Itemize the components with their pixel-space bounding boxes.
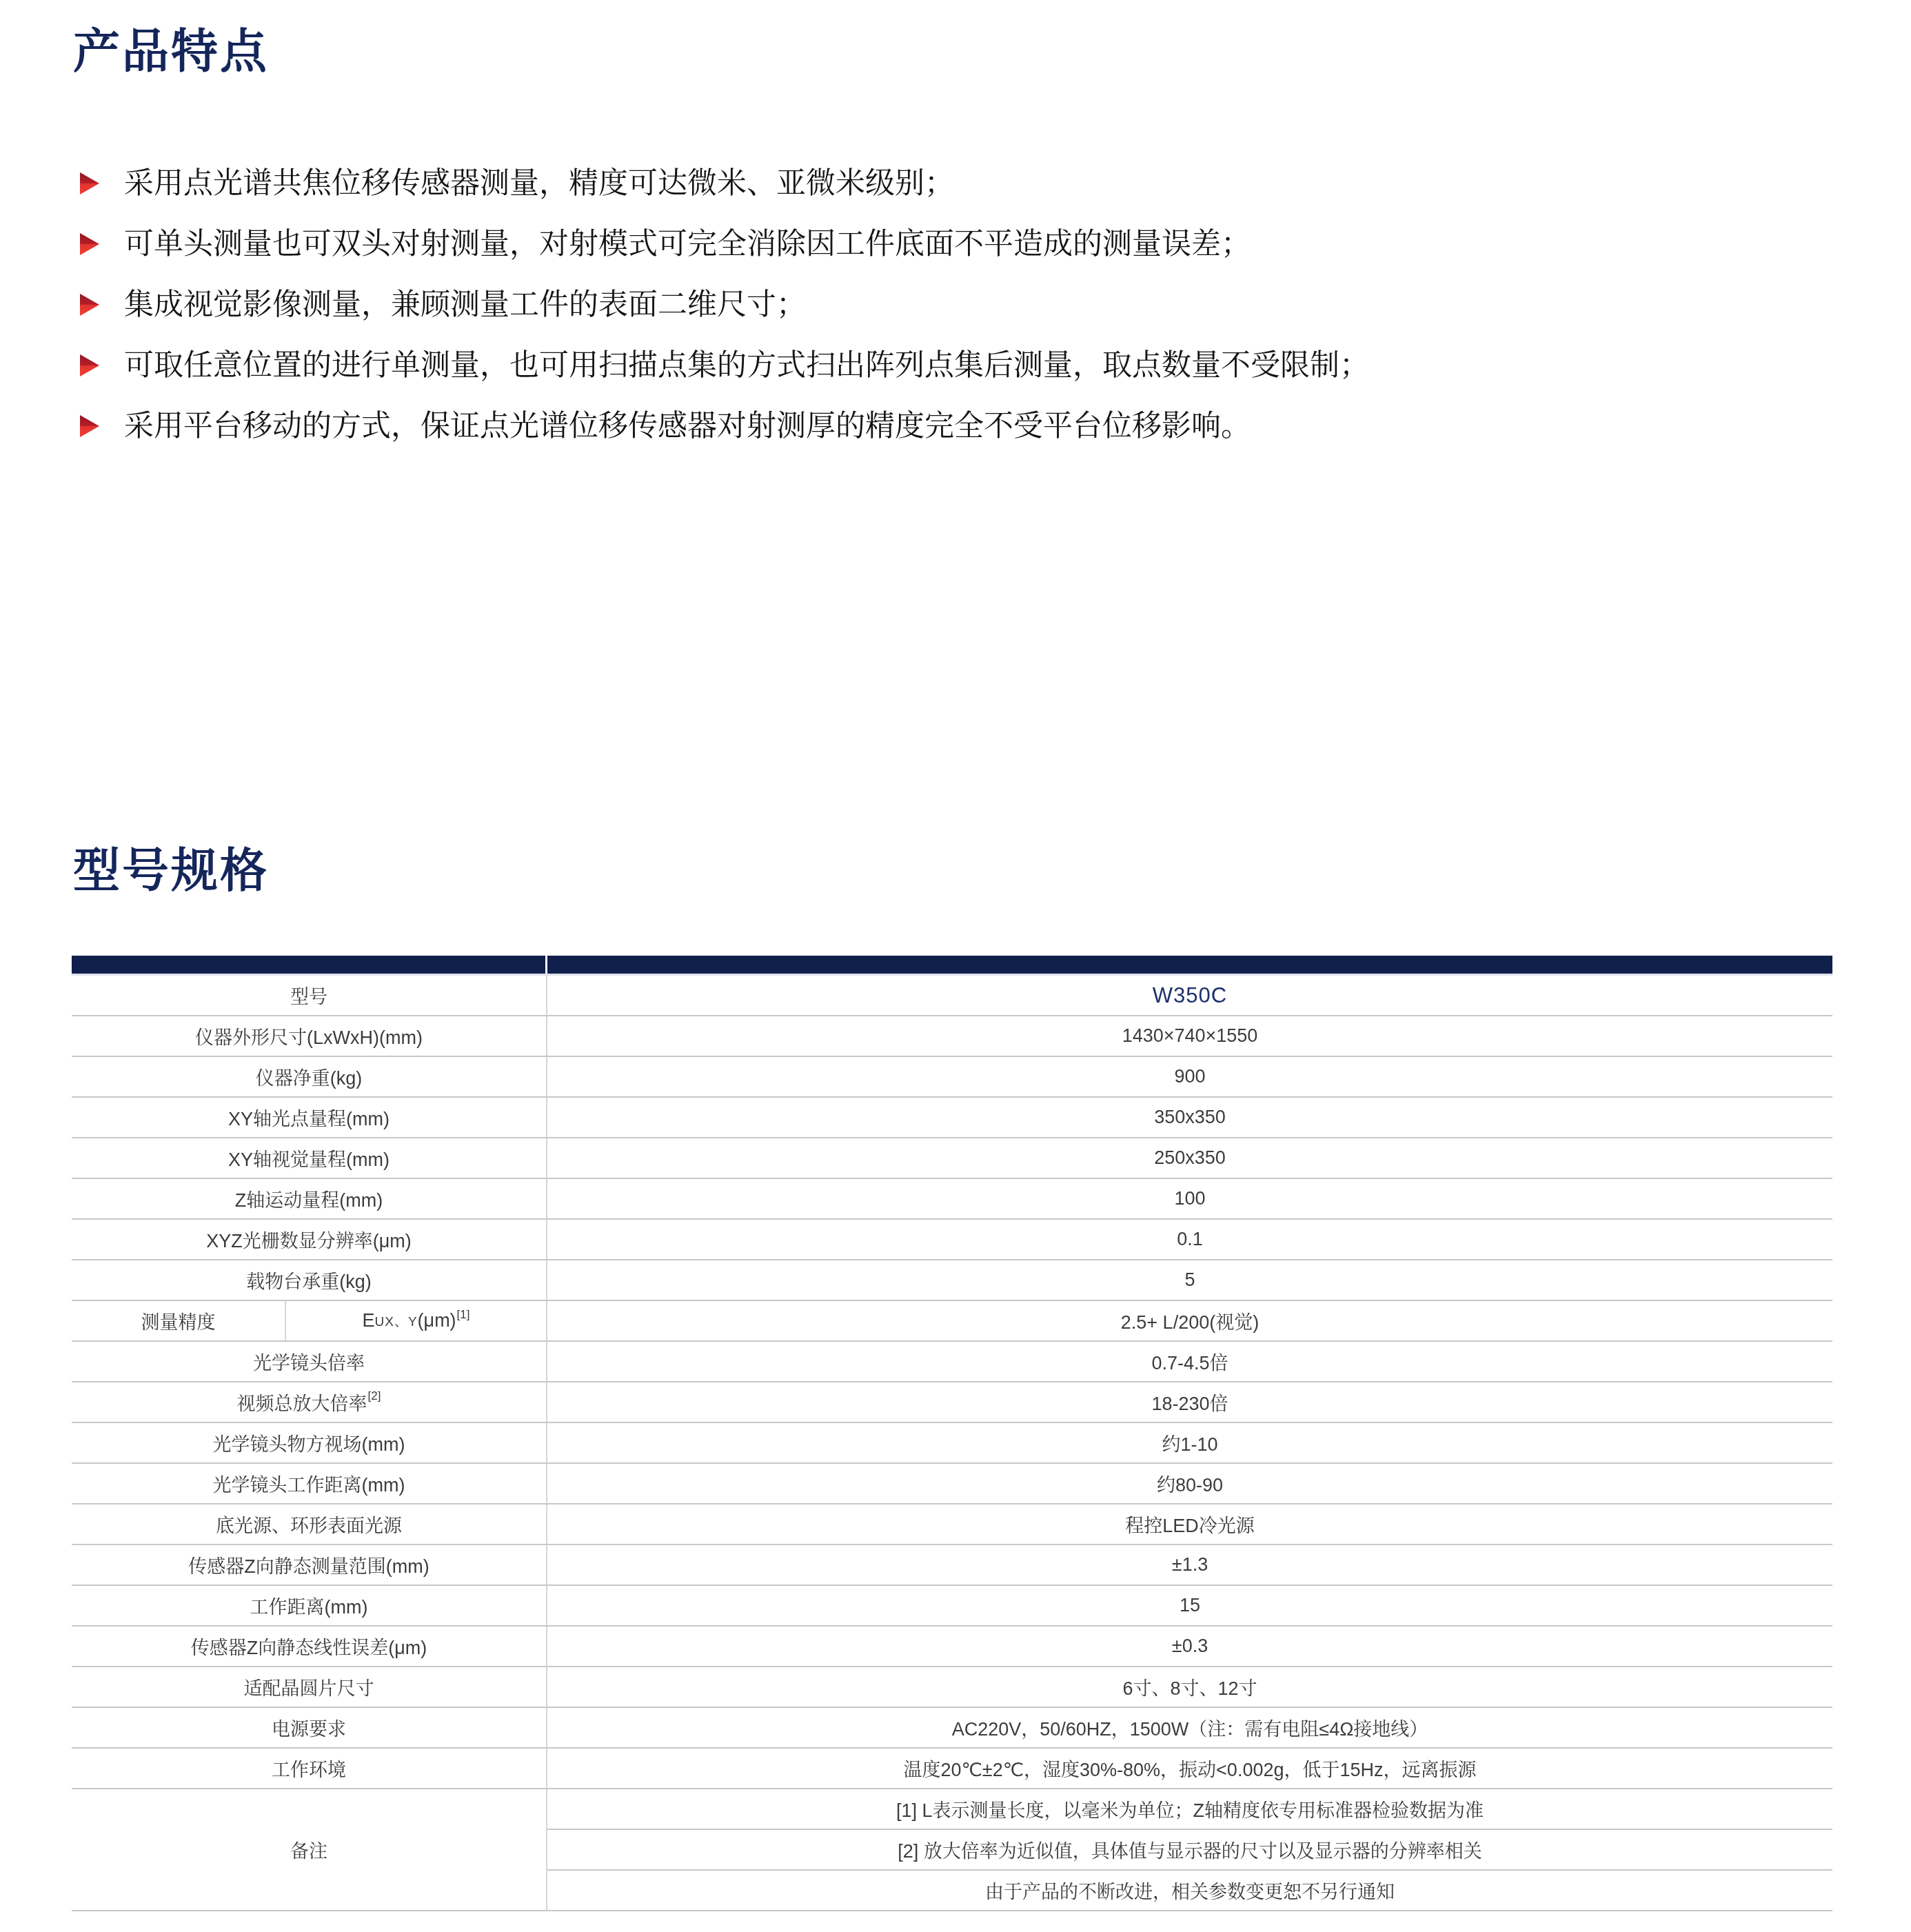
row-label: 载物台承重(kg) xyxy=(72,1260,547,1300)
row-label: XY轴视觉量程(mm) xyxy=(72,1138,547,1178)
feature-item: 可单头测量也可双头对射测量，对射模式可完全消除因工件底面不平造成的测量误差； xyxy=(79,228,1843,261)
row-label: 仪器外形尺寸(LxWxH)(mm) xyxy=(72,1016,547,1056)
row-label: 工作环境 xyxy=(72,1749,547,1788)
table-row-notes: 备注 [1] L表示测量长度，以毫米为单位；Z轴精度依专用标准器检验数据为准 [… xyxy=(72,1789,1832,1911)
bullet-triangle-icon xyxy=(80,172,99,194)
table-row-model: 型号 W350C xyxy=(72,976,1832,1016)
table-row-accuracy: 测量精度 EUX、Y(μm)[1] 2.5+ L/200(视觉) xyxy=(72,1301,1832,1342)
row-label: 电源要求 xyxy=(72,1708,547,1747)
table-row-magnification: 视频总放大倍率[2] 18-230倍 xyxy=(72,1382,1832,1423)
note-line: 由于产品的不断改进，相关参数变更恕不另行通知 xyxy=(547,1871,1832,1910)
bullet-triangle-icon xyxy=(80,354,99,376)
row-label: 仪器净重(kg) xyxy=(72,1057,547,1096)
datasheet-page: 产品特点 采用点光谱共焦位移传感器测量，精度可达微米、亚微米级别； 可单头测量也… xyxy=(0,0,1911,1932)
row-value: 温度20℃±2℃，湿度30%-80%，振动<0.002g，低于15Hz，远离振源 xyxy=(547,1749,1832,1788)
table-row: 适配晶圆片尺寸 6寸、8寸、12寸 xyxy=(72,1667,1832,1708)
row-label: 传感器Z向静态测量范围(mm) xyxy=(72,1545,547,1584)
row-value: 0.1 xyxy=(547,1220,1832,1259)
parameter-subscript: UX、Y xyxy=(375,1311,418,1330)
parameter-symbol: E xyxy=(362,1310,374,1331)
feature-text: 采用平台移动的方式，保证点光谱位移传感器对射测厚的精度完全不受平台位移影响。 xyxy=(124,410,1251,443)
row-value: 18-230倍 xyxy=(547,1382,1832,1422)
table-row: 工作环境 温度20℃±2℃，湿度30%-80%，振动<0.002g，低于15Hz… xyxy=(72,1749,1832,1789)
row-value: 约1-10 xyxy=(547,1423,1832,1462)
bullet-triangle-icon xyxy=(80,294,99,316)
row-label: 视频总放大倍率[2] xyxy=(72,1382,547,1422)
row-value: 250x350 xyxy=(547,1138,1832,1178)
feature-text: 集成视觉影像测量，兼顾测量工件的表面二维尺寸； xyxy=(124,288,806,321)
table-header-bar xyxy=(72,956,1832,976)
table-header-right-cell xyxy=(547,956,1832,974)
feature-item: 采用点光谱共焦位移传感器测量，精度可达微米、亚微米级别； xyxy=(79,167,1843,200)
row-value: 0.7-4.5倍 xyxy=(547,1342,1832,1381)
table-row: 电源要求 AC220V，50/60HZ，1500W（注：需有电阻≤4Ω接地线） xyxy=(72,1708,1832,1749)
features-list: 采用点光谱共焦位移传感器测量，精度可达微米、亚微米级别； 可单头测量也可双头对射… xyxy=(79,167,1843,470)
specs-section-title: 型号规格 xyxy=(73,845,269,897)
table-row: 光学镜头倍率 0.7-4.5倍 xyxy=(72,1342,1832,1382)
row-label: XY轴光点量程(mm) xyxy=(72,1098,547,1137)
accuracy-label: 测量精度 xyxy=(72,1301,286,1340)
table-row: 光学镜头工作距离(mm) 约80-90 xyxy=(72,1464,1832,1505)
row-label: 适配晶圆片尺寸 xyxy=(72,1667,547,1707)
feature-text: 采用点光谱共焦位移传感器测量，精度可达微米、亚微米级别； xyxy=(124,167,954,200)
feature-item: 集成视觉影像测量，兼顾测量工件的表面二维尺寸； xyxy=(79,288,1843,321)
accuracy-label-cell: 测量精度 EUX、Y(μm)[1] xyxy=(72,1301,547,1340)
table-row: 载物台承重(kg) 5 xyxy=(72,1260,1832,1301)
table-row: 仪器外形尺寸(LxWxH)(mm) 1430×740×1550 xyxy=(72,1016,1832,1057)
row-value: 约80-90 xyxy=(547,1464,1832,1503)
table-row: XYZ光栅数显分辨率(μm) 0.1 xyxy=(72,1220,1832,1260)
notes-label: 备注 xyxy=(72,1789,547,1910)
parameter-unit: (μm) xyxy=(418,1310,456,1331)
row-label-text: 视频总放大倍率 xyxy=(237,1389,367,1416)
table-row: Z轴运动量程(mm) 100 xyxy=(72,1179,1832,1220)
row-label: 工作距离(mm) xyxy=(72,1586,547,1625)
row-label: 底光源、环形表面光源 xyxy=(72,1505,547,1544)
table-row: XY轴视觉量程(mm) 250x350 xyxy=(72,1138,1832,1179)
row-value: 900 xyxy=(547,1057,1832,1096)
row-label: 光学镜头物方视场(mm) xyxy=(72,1423,547,1462)
row-value: 100 xyxy=(547,1179,1832,1218)
row-value: 350x350 xyxy=(547,1098,1832,1137)
table-row: 光学镜头物方视场(mm) 约1-10 xyxy=(72,1423,1832,1464)
feature-item: 可取任意位置的进行单测量，也可用扫描点集的方式扫出阵列点集后测量，取点数量不受限… xyxy=(79,349,1843,382)
table-row: 仪器净重(kg) 900 xyxy=(72,1057,1832,1098)
row-value: 1430×740×1550 xyxy=(547,1016,1832,1056)
model-value: W350C xyxy=(547,976,1832,1015)
bullet-triangle-icon xyxy=(80,233,99,255)
footnote-marker: [2] xyxy=(368,1389,381,1403)
table-row: 底光源、环形表面光源 程控LED冷光源 xyxy=(72,1505,1832,1545)
table-header-left-cell xyxy=(72,956,547,974)
row-label: 光学镜头工作距离(mm) xyxy=(72,1464,547,1503)
feature-text: 可取任意位置的进行单测量，也可用扫描点集的方式扫出阵列点集后测量，取点数量不受限… xyxy=(124,349,1369,382)
table-row: 工作距离(mm) 15 xyxy=(72,1586,1832,1627)
row-value: 程控LED冷光源 xyxy=(547,1505,1832,1544)
features-section-title: 产品特点 xyxy=(73,26,269,78)
row-label: 光学镜头倍率 xyxy=(72,1342,547,1381)
row-value: ±1.3 xyxy=(547,1545,1832,1584)
note-line: [2] 放大倍率为近似值，具体值与显示器的尺寸以及显示器的分辨率相关 xyxy=(547,1830,1832,1871)
row-value: 6寸、8寸、12寸 xyxy=(547,1667,1832,1707)
table-row: 传感器Z向静态线性误差(μm) ±0.3 xyxy=(72,1627,1832,1667)
row-value: 5 xyxy=(547,1260,1832,1300)
footnote-marker: [1] xyxy=(457,1308,470,1322)
row-value: ±0.3 xyxy=(547,1627,1832,1666)
accuracy-parameter: EUX、Y(μm)[1] xyxy=(286,1301,546,1340)
feature-text: 可单头测量也可双头对射测量，对射模式可完全消除因工件底面不平造成的测量误差； xyxy=(124,228,1251,261)
row-label: Z轴运动量程(mm) xyxy=(72,1179,547,1218)
note-line: [1] L表示测量长度，以毫米为单位；Z轴精度依专用标准器检验数据为准 xyxy=(547,1789,1832,1830)
table-row: 传感器Z向静态测量范围(mm) ±1.3 xyxy=(72,1545,1832,1586)
table-row: XY轴光点量程(mm) 350x350 xyxy=(72,1098,1832,1138)
row-value: AC220V，50/60HZ，1500W（注：需有电阻≤4Ω接地线） xyxy=(547,1708,1832,1747)
row-value: 2.5+ L/200(视觉) xyxy=(547,1301,1832,1340)
feature-item: 采用平台移动的方式，保证点光谱位移传感器对射测厚的精度完全不受平台位移影响。 xyxy=(79,410,1843,443)
row-label: 传感器Z向静态线性误差(μm) xyxy=(72,1627,547,1666)
row-value: 15 xyxy=(547,1586,1832,1625)
row-label: XYZ光栅数显分辨率(μm) xyxy=(72,1220,547,1259)
notes-lines: [1] L表示测量长度，以毫米为单位；Z轴精度依专用标准器检验数据为准 [2] … xyxy=(547,1789,1832,1910)
row-label: 型号 xyxy=(72,976,547,1015)
bullet-triangle-icon xyxy=(80,415,99,437)
spec-table: 型号 W350C 仪器外形尺寸(LxWxH)(mm) 1430×740×1550… xyxy=(72,956,1832,1911)
